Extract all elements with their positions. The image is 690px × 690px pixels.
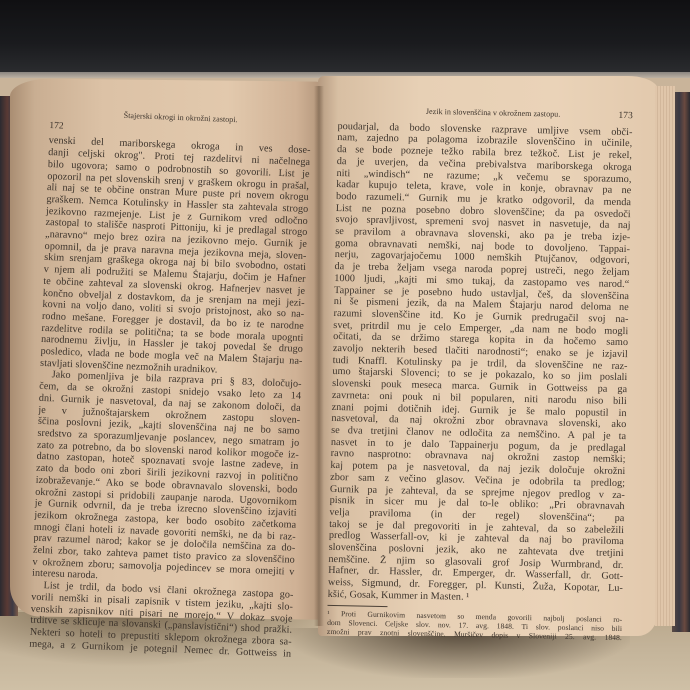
- page-fore-edge: [655, 86, 675, 626]
- dark-shelf-background: [0, 0, 690, 72]
- paragraph-3: List je trdil, da bodo vsi člani okrožne…: [29, 580, 294, 660]
- page-number-right: 173: [618, 111, 633, 123]
- footnote-rule: [327, 604, 387, 606]
- paragraph-2: Jako pomenljiva je bila razprava pri § 8…: [32, 369, 302, 590]
- right-page-text: Jezik in slovenščina v okrožnem zastopu.…: [327, 104, 633, 642]
- page-number-left: 172: [49, 121, 64, 133]
- paragraph-1: venski del mariborskega okroga in ves do…: [40, 135, 311, 379]
- left-page-text: Štajerski okrogi in okrožni zastopi. 172…: [29, 107, 312, 660]
- running-head-right: Jezik in slovenščina v okrožnem zastopu.: [426, 106, 561, 121]
- right-body: poudarjal, da bodo slovenske razprave um…: [328, 121, 633, 607]
- book-gutter: [314, 86, 324, 626]
